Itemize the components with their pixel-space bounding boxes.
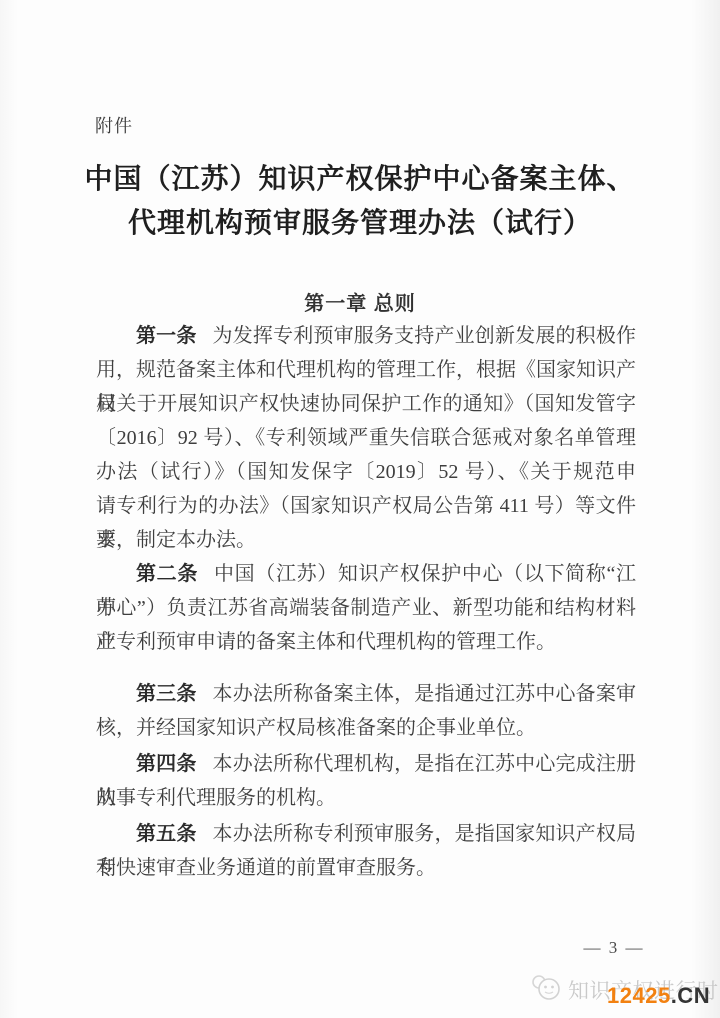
chat-face-icon — [531, 974, 561, 1001]
article-number: 第一条 — [136, 325, 197, 347]
document-title-line-2: 代理机构预审服务管理办法（试行） — [60, 202, 660, 246]
chapter-heading: 第一章 总则 — [60, 287, 660, 316]
watermark-domain: 12425.CN — [607, 983, 710, 1009]
attachment-label: 附件 — [95, 112, 133, 138]
text-line: 从事专利代理服务的机构。 — [96, 781, 636, 815]
watermark-domain-number: 12425 — [607, 983, 671, 1008]
text-line: 第四条本办法所称代理机构，是指在江苏中心完成注册的 — [96, 747, 636, 781]
watermark-site-name: 知识产权进行时 — [568, 975, 719, 1005]
article-paragraph: 第一条为发挥专利预审服务支持产业创新发展的积极作用，规范备案主体和代理机构的管理… — [96, 319, 636, 557]
article-paragraph: 第三条本办法所称备案主体，是指通过江苏中心备案审核，并经国家知识产权局核准备案的… — [96, 677, 636, 745]
article-paragraph: 第二条中国（江苏）知识产权保护中心（以下简称“江苏中心”）负责江苏省高端装备制造… — [96, 557, 636, 659]
text-line: 核，并经国家知识产权局核准备案的企事业单位。 — [96, 711, 636, 745]
article-paragraph: 第五条本办法所称专利预审服务，是指国家知识产权局专利快速审查业务通道的前置审查服… — [96, 817, 636, 885]
document-body: 第一条为发挥专利预审服务支持产业创新发展的积极作用，规范备案主体和代理机构的管理… — [96, 319, 636, 885]
article-first-line-text: 为发挥专利预审服务支持产业创新发展的积极作 — [213, 325, 636, 347]
text-line: 第二条中国（江苏）知识产权保护中心（以下简称“江苏 — [96, 557, 636, 591]
document-page: 附件 中国（江苏）知识产权保护中心备案主体、 代理机构预审服务管理办法（试行） … — [0, 0, 720, 1018]
text-line: 业专利预审申请的备案主体和代理机构的管理工作。 — [96, 625, 636, 659]
text-line: 利快速审查业务通道的前置审查服务。 — [96, 851, 636, 885]
document-title: 中国（江苏）知识产权保护中心备案主体、 代理机构预审服务管理办法（试行） — [60, 158, 660, 246]
page-number: — 3 — — [574, 938, 654, 958]
text-line: 请专利行为的办法》（国家知识产权局公告第 411 号）等文件要 — [96, 489, 636, 523]
article-number: 第五条 — [136, 823, 197, 845]
text-line: 局关于开展知识产权快速协同保护工作的通知》（国知发管字 — [96, 387, 636, 421]
article-number: 第四条 — [136, 753, 197, 775]
text-line: 办法（试行）》（国知发保字〔2019〕52 号）、《关于规范申 — [96, 455, 636, 489]
text-line: 用，规范备案主体和代理机构的管理工作，根据《国家知识产权 — [96, 353, 636, 387]
watermark-domain-suffix: .CN — [671, 983, 710, 1008]
article-number: 第三条 — [136, 683, 197, 705]
text-line: 求，制定本办法。 — [96, 523, 636, 557]
text-line: 第五条本办法所称专利预审服务，是指国家知识产权局专 — [96, 817, 636, 851]
document-title-line-1: 中国（江苏）知识产权保护中心备案主体、 — [60, 158, 660, 202]
article-paragraph: 第四条本办法所称代理机构，是指在江苏中心完成注册的从事专利代理服务的机构。 — [96, 747, 636, 815]
text-line: 第一条为发挥专利预审服务支持产业创新发展的积极作 — [96, 319, 636, 353]
text-line: 〔2016〕92 号）、《专利领域严重失信联合惩戒对象名单管理 — [96, 421, 636, 455]
text-line: 第三条本办法所称备案主体，是指通过江苏中心备案审 — [96, 677, 636, 711]
text-line: 中心”）负责江苏省高端装备制造产业、新型功能和结构材料产 — [96, 591, 636, 625]
article-number: 第二条 — [136, 563, 198, 585]
article-first-line-text: 本办法所称备案主体，是指通过江苏中心备案审 — [213, 683, 636, 705]
